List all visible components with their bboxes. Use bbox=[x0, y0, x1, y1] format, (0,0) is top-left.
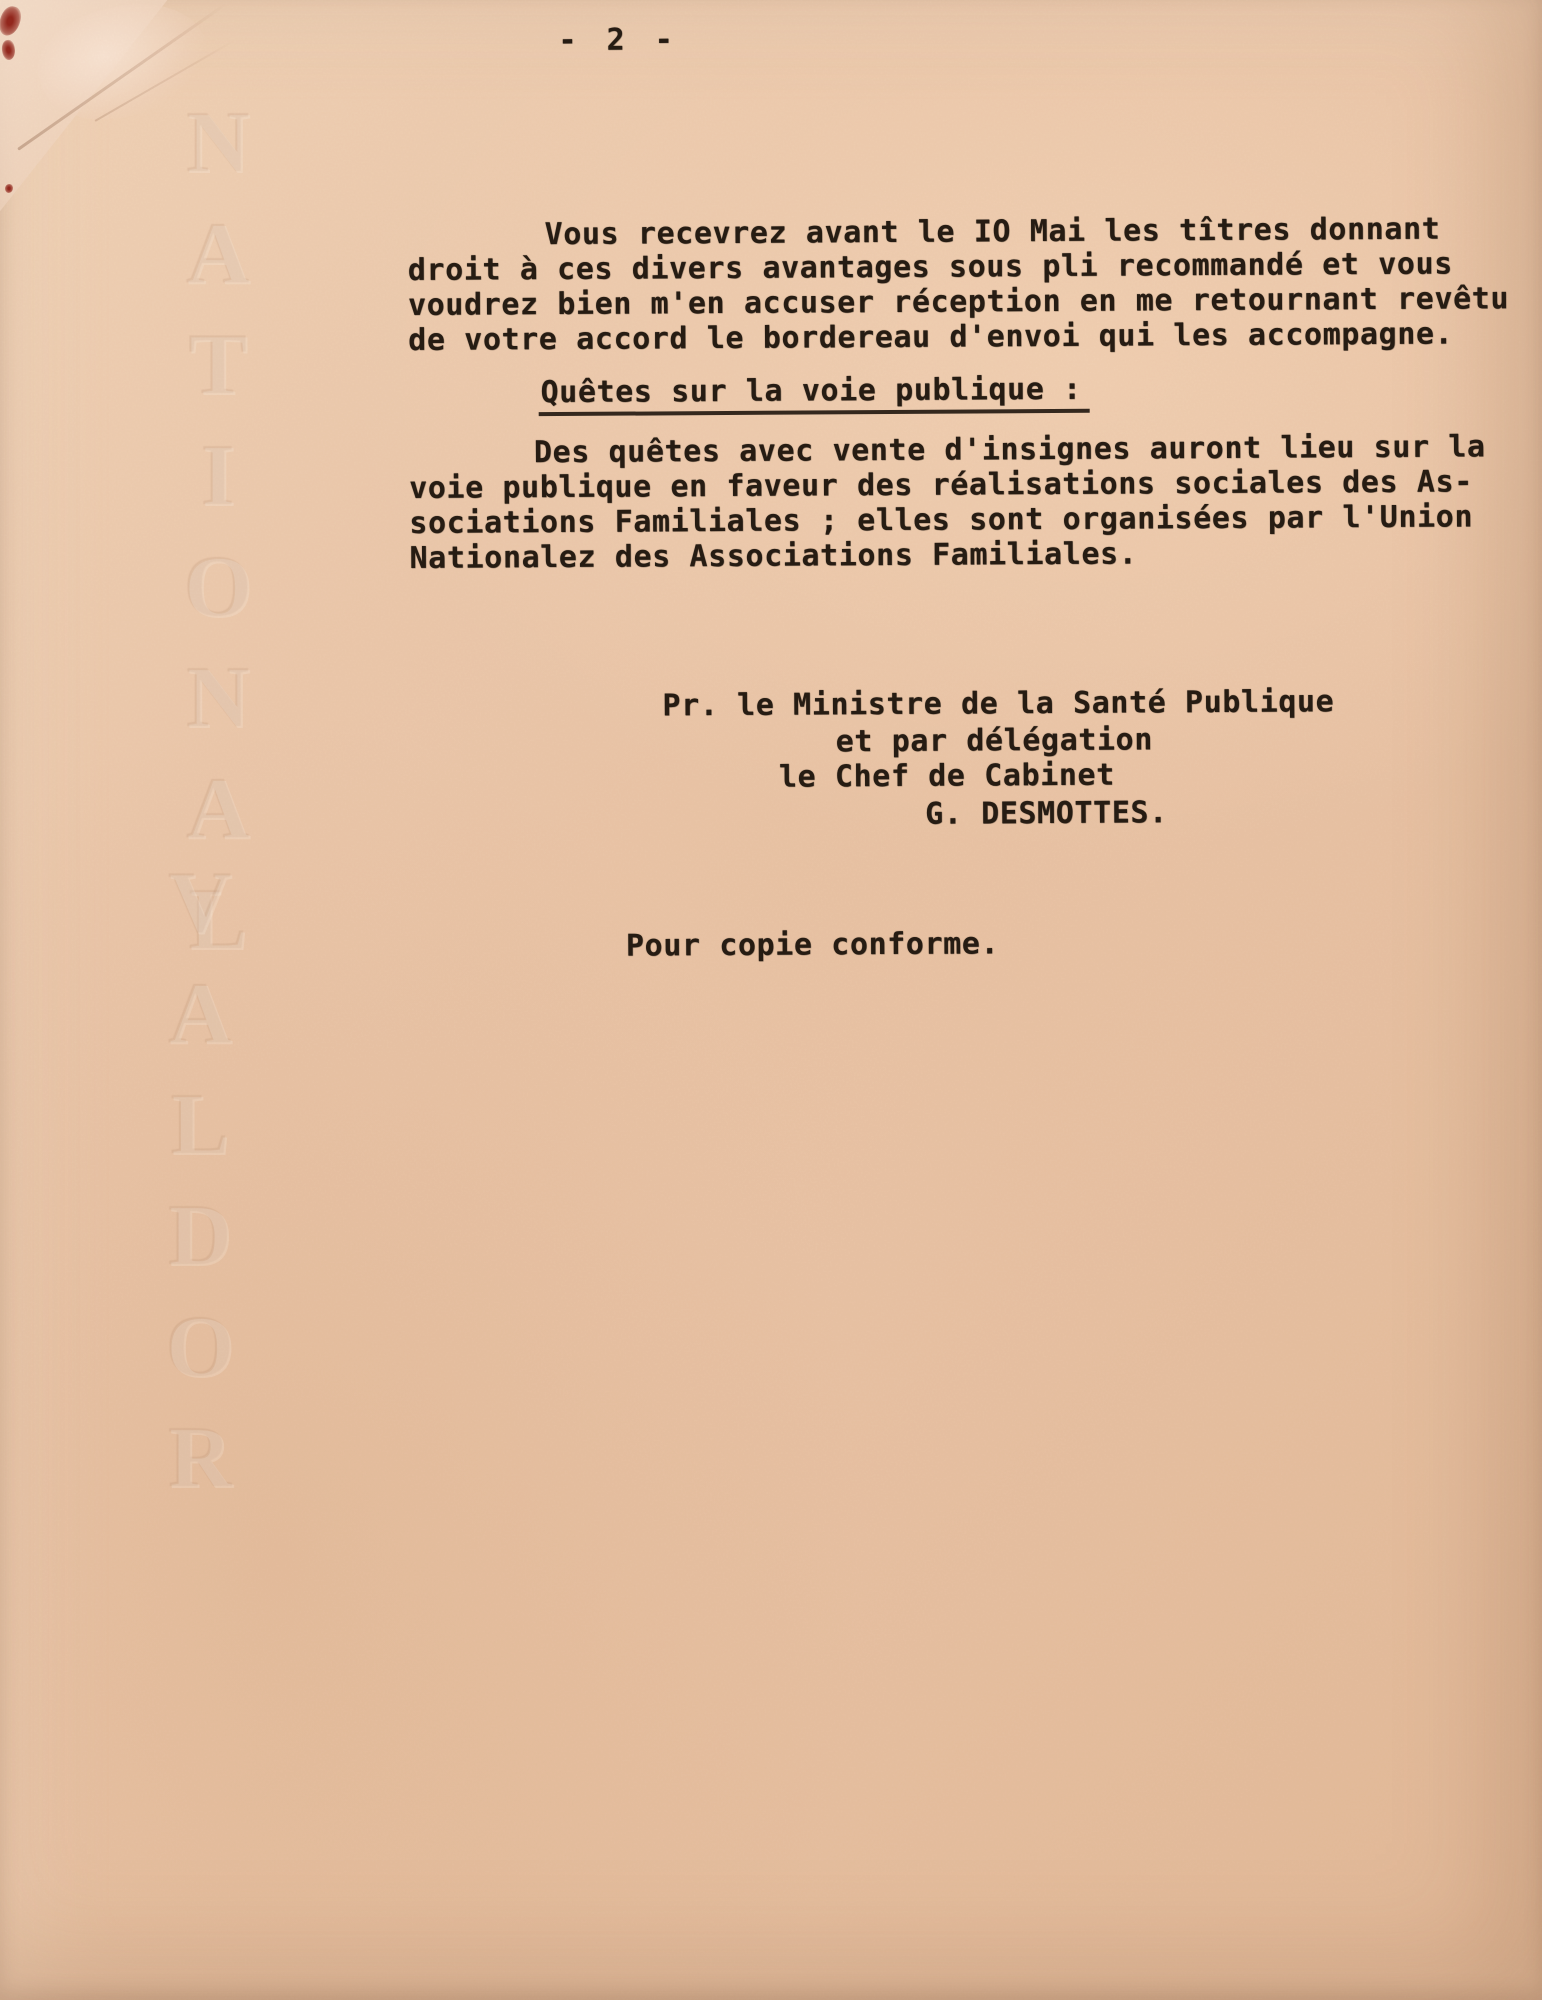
text-line: de votre accord le bordereau d'envoi qui… bbox=[408, 316, 1509, 358]
signature-role-line: Pr. le Ministre de la Santé Publique bbox=[662, 684, 1334, 723]
section-heading: Quêtes sur la voie publique : bbox=[538, 372, 1089, 416]
signature-delegation-line: et par délégation bbox=[836, 722, 1153, 759]
page-number: - 2 - bbox=[558, 22, 679, 58]
body-paragraph-1: Vous recevrez avant le IO Mai les tîtres… bbox=[407, 211, 1509, 358]
text-line: sociations Familiales ; elles sont organ… bbox=[409, 499, 1486, 541]
section-heading-label: Quêtes sur la voie publique : bbox=[538, 372, 1089, 416]
text-line: Nationalez des Associations Familiales. bbox=[409, 534, 1486, 576]
body-paragraph-2: Des quêtes avec vente d'insignes auront … bbox=[409, 429, 1487, 576]
scanned-letter-page: NATIONAL VALDOR - 2 - Vous recevrez avan… bbox=[0, 0, 1542, 2000]
signature-name: G. DESMOTTES. bbox=[925, 795, 1168, 831]
typed-text-layer: - 2 - Vous recevrez avant le IO Mai les … bbox=[0, 0, 1542, 2000]
copy-conforme-note: Pour copie conforme. bbox=[626, 926, 999, 963]
signature-title-line: le Chef de Cabinet bbox=[779, 758, 1115, 795]
